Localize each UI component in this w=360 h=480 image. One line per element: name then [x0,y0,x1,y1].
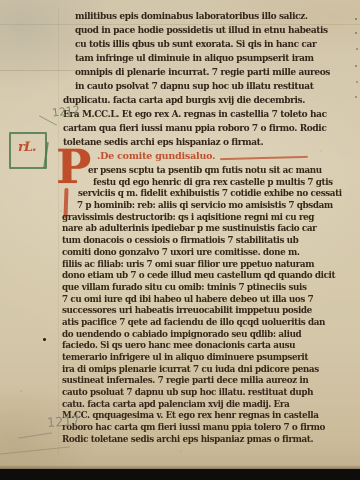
text-line: successores uri habeatis irreuocabilit i… [62,306,360,318]
margin-shelfmark-box: rL. [9,132,47,169]
text-line: duplicatu. facta carta apd burgis xvij d… [63,96,357,110]
text-line: M.CC. qnquagesima v. Et ego rex henr reg… [62,411,360,423]
text-line: in cauto psolvat 7 dapnu sup hoc ub illa… [63,82,357,96]
text-line: dono etiam ub 7 o cede illud meu castell… [62,271,360,283]
text-line: sustineat infernales. 7 regie parti dece… [62,376,360,388]
parchment-crease [0,446,70,454]
text-line: Rodic toletane sedis archi eps hispaniaz… [62,435,360,447]
text-line: 7 p hominib: reb: aliis qi servicio mo a… [62,201,360,213]
text-line: tam infringe ul diminuie in aliquo psump… [63,54,357,68]
text-line: omnipis di plenarie incurrat. 7 regie pa… [63,68,357,82]
text-line: cauto psoluat 7 dapnu ub sup hoc illatu.… [62,388,360,400]
text-line: catu. facta carta apd palenciam xvij die… [62,400,360,412]
margin-shelfmark-label: rL. [18,140,36,155]
text-line: filiis ac filiab: uris 7 omi suar filior… [62,260,360,272]
ink-speck [43,338,46,341]
text-line: tum donacois o cessiois o firmatiois 7 s… [62,236,360,248]
text-line: quod in pace hodie possidetis ut illud i… [63,26,357,40]
rubric-flourish-line [220,156,308,160]
charter-text-block-2: er psens scptu ta psentib qm futis notu … [62,166,360,447]
text-line: atis pacifice 7 qete ad faciendu de illo… [62,318,360,330]
text-line: nare ab adulterinis ipediebar p me susti… [62,224,360,236]
margin-year-annotation-bottom: 1217 [47,414,81,431]
text-line: cu totis illis qbus ub sunt exorata. Si … [63,40,357,54]
charter-text-block-1: militibus epis dominabus laboratoribus i… [63,12,357,152]
text-line: festu qd ego henric di gra rex castelle … [62,178,360,190]
manuscript-page: militibus epis dominabus laboratoribus i… [0,0,360,480]
text-line: serviciis q m. fidelit exhibuistis 7 cot… [62,189,360,201]
text-line: temerario infrigere ul in aliquo diminue… [62,353,360,365]
text-line: comiti dono gonzalvo 7 uxori ure comitis… [62,248,360,260]
text-line: er psens scptu ta psentib qm futis notu … [62,166,360,178]
text-line: Era M.CC.L. Et ego rex A. regnas in cast… [63,110,357,124]
scan-edge [0,469,360,480]
rubric-heading: .De comite gundisaluo. [97,151,215,162]
pencil-stroke [18,432,52,438]
text-line: roboro hac carta qm fieri iussi manu ppi… [62,423,360,435]
text-line: militibus epis dominabus laboratoribus i… [63,12,357,26]
text-line: gravissimis destructorib: qs i aqisition… [62,213,360,225]
text-line: cartam qua fieri iussi manu ppia roboro … [63,124,357,138]
text-line: do uendendo o cabiado impignorado seu qd… [62,330,360,342]
text-line: faciedo. Si qs uero hanc mee donacionis … [62,341,360,353]
text-line: ira di omips plenarie icurrat 7 cu iuda … [62,365,360,377]
text-line: que villam furado situ cu omib: tminis 7… [62,283,360,295]
ruling-line-vertical [58,8,59,454]
text-line: toletane sedis archi eps hispaniaz o fir… [63,138,357,152]
text-line: 7 cu omi iure qd ibi habeo ul habere deb… [62,295,360,307]
